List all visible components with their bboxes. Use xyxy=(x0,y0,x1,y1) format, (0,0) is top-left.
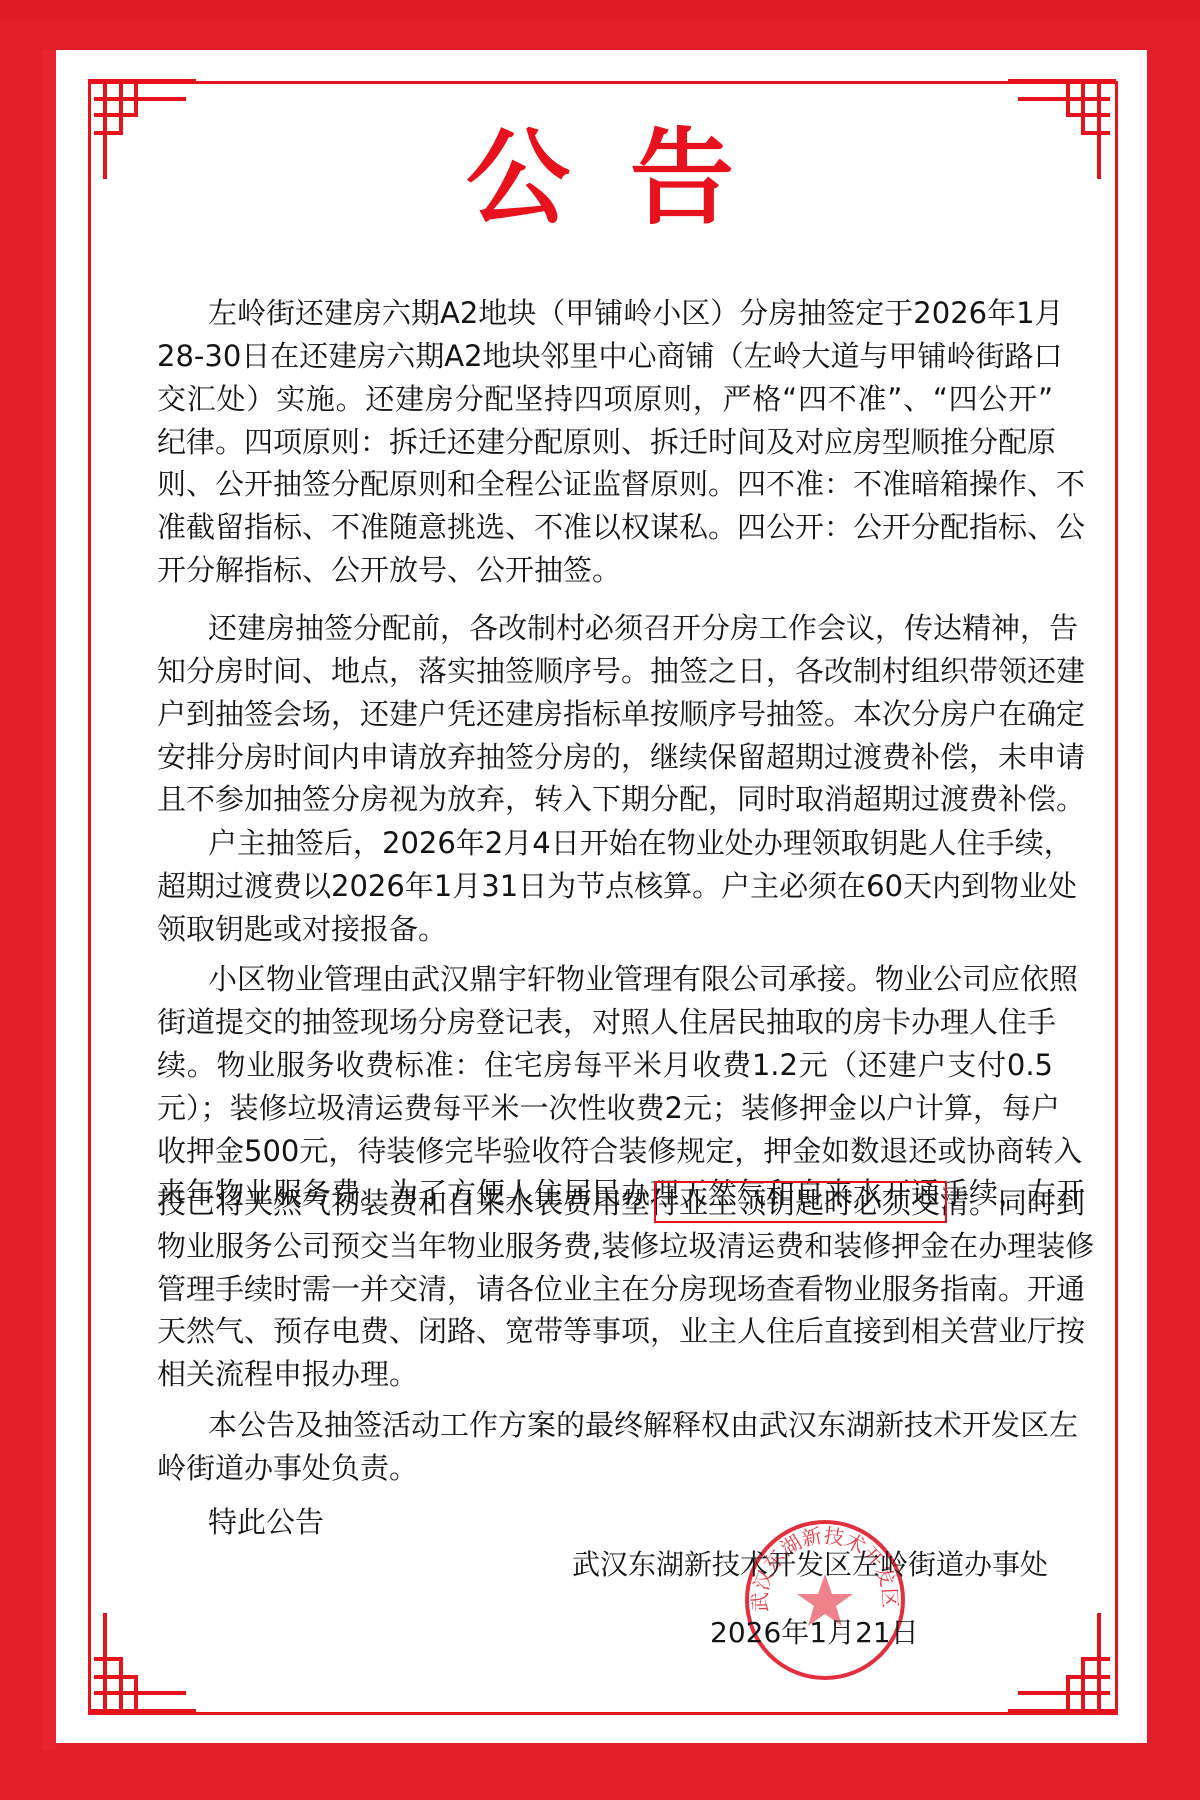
notice-title: 公告 xyxy=(0,118,1200,238)
paragraph-4-line-1: 小区物业管理由武汉鼎宇轩物业管理有限公司承接。物业公司应依照 xyxy=(208,959,1053,999)
paragraph-1-line-4: 纪律。四项原则：拆迁还建分配原则、拆迁时间及对应房型顺推分配原 xyxy=(157,422,1053,462)
paragraph-3-line-3: 领取钥匙或对接报备。 xyxy=(157,909,447,949)
paragraph-2-line-5: 且不参加抽签分房视为放弃，转入下期分配，同时取消超期过渡费补偿。 xyxy=(157,779,1053,819)
paragraph-5-line-1: 本公告及抽签活动工作方案的最终解释权由武汉东湖新技术开发区左 xyxy=(208,1405,1053,1445)
paragraph-3-line-2: 超期过渡费以2026年1月31日为节点核算。户主必须在60天内到物业处 xyxy=(157,866,1053,906)
issue-date: 2026年1月21日 xyxy=(710,1614,919,1652)
paragraph-1-line-1: 左岭街还建房六期A2地块（甲铺岭小区）分房抽签定于2026年1月 xyxy=(208,293,1053,333)
paragraph-4-line-11: 相关流程申报办理。 xyxy=(157,1354,418,1394)
official-seal-stamp: 武汉东湖新技术开发区左岭街道办事处 xyxy=(743,1518,907,1682)
paragraph-5-line-2: 岭街道办事处负责。 xyxy=(157,1448,418,1488)
highlighted-phrase-box xyxy=(654,1181,947,1223)
corner-ornament-bottom-right-icon xyxy=(1008,1603,1118,1713)
frame-top-shade xyxy=(0,0,1200,18)
paragraph-4-line-10: 天然气、预存电费、闭路、宽带等事项，业主人住后直接到相关营业厅按 xyxy=(157,1311,1053,1351)
paragraph-4-line-8: 物业服务公司预交当年物业服务费,装修垃圾清运费和装修押金在办理装修 xyxy=(157,1226,1053,1266)
paragraph-4-line-5: 收押金500元，待装修完毕验收符合装修规定，押金如数退还或协商转入 xyxy=(157,1131,1053,1171)
paragraph-2-line-3: 户到抽签会场，还建户凭还建房指标单按顺序号抽签。本次分房户在确定 xyxy=(157,694,1053,734)
paragraph-1-line-3: 交汇处）实施。还建房分配坚持四项原则，严格“四不准”、“四公开” xyxy=(157,379,1053,419)
paragraph-1-line-6: 准截留指标、不准随意挑选、不准以权谋私。四公开：公开分配指标、公 xyxy=(157,507,1053,547)
paragraph-4-line-9: 管理手续时需一并交清，请各位业主在分房现场查看物业服务指南。开通 xyxy=(157,1269,1053,1309)
paragraph-4-line-4: 元）；装修垃圾清运费每平米一次性收费2元；装修押金以户计算，每户 xyxy=(157,1088,1053,1128)
frame-left-edge xyxy=(42,50,56,1750)
paragraph-2-line-4: 安排分房时间内申请放弃抽签分房的，继续保留超期过渡费补偿，未申请 xyxy=(157,737,1053,777)
paragraph-2-line-1: 还建房抽签分配前，各改制村必须召开分房工作会议，传达精神，告 xyxy=(208,608,1053,648)
paragraph-1-line-7: 开分解指标、公开放号、公开抽签。 xyxy=(157,550,621,590)
closing-statement: 特此公告 xyxy=(208,1502,1053,1542)
issuer-name: 武汉东湖新技术开发区左岭街道办事处 xyxy=(572,1546,1048,1584)
paragraph-1-line-5: 则、公开抽签分配原则和全程公证监督原则。四不准：不准暗箱操作、不 xyxy=(157,464,1053,504)
paragraph-4-line-3: 续。物业服务收费标准：住宅房每平米月收费1.2元（还建户支付0.5 xyxy=(157,1045,1053,1085)
paragraph-3-line-1: 户主抽签后，2026年2月4日开始在物业处办理领取钥匙人住手续， xyxy=(208,823,1053,863)
paragraph-4-line-2: 街道提交的抽签现场分房登记表，对照人住居民抽取的房卡办理人住手 xyxy=(157,1002,1053,1042)
corner-ornament-bottom-left-icon xyxy=(86,1603,196,1713)
paragraph-1-line-2: 28-30日在还建房六期A2地块邻里中心商铺（左岭大道与甲铺岭街路口 xyxy=(157,336,1053,376)
paragraph-2-line-2: 知分房时间、地点，落实抽签顺序号。抽签之日，各改制村组织带领还建 xyxy=(157,651,1053,691)
